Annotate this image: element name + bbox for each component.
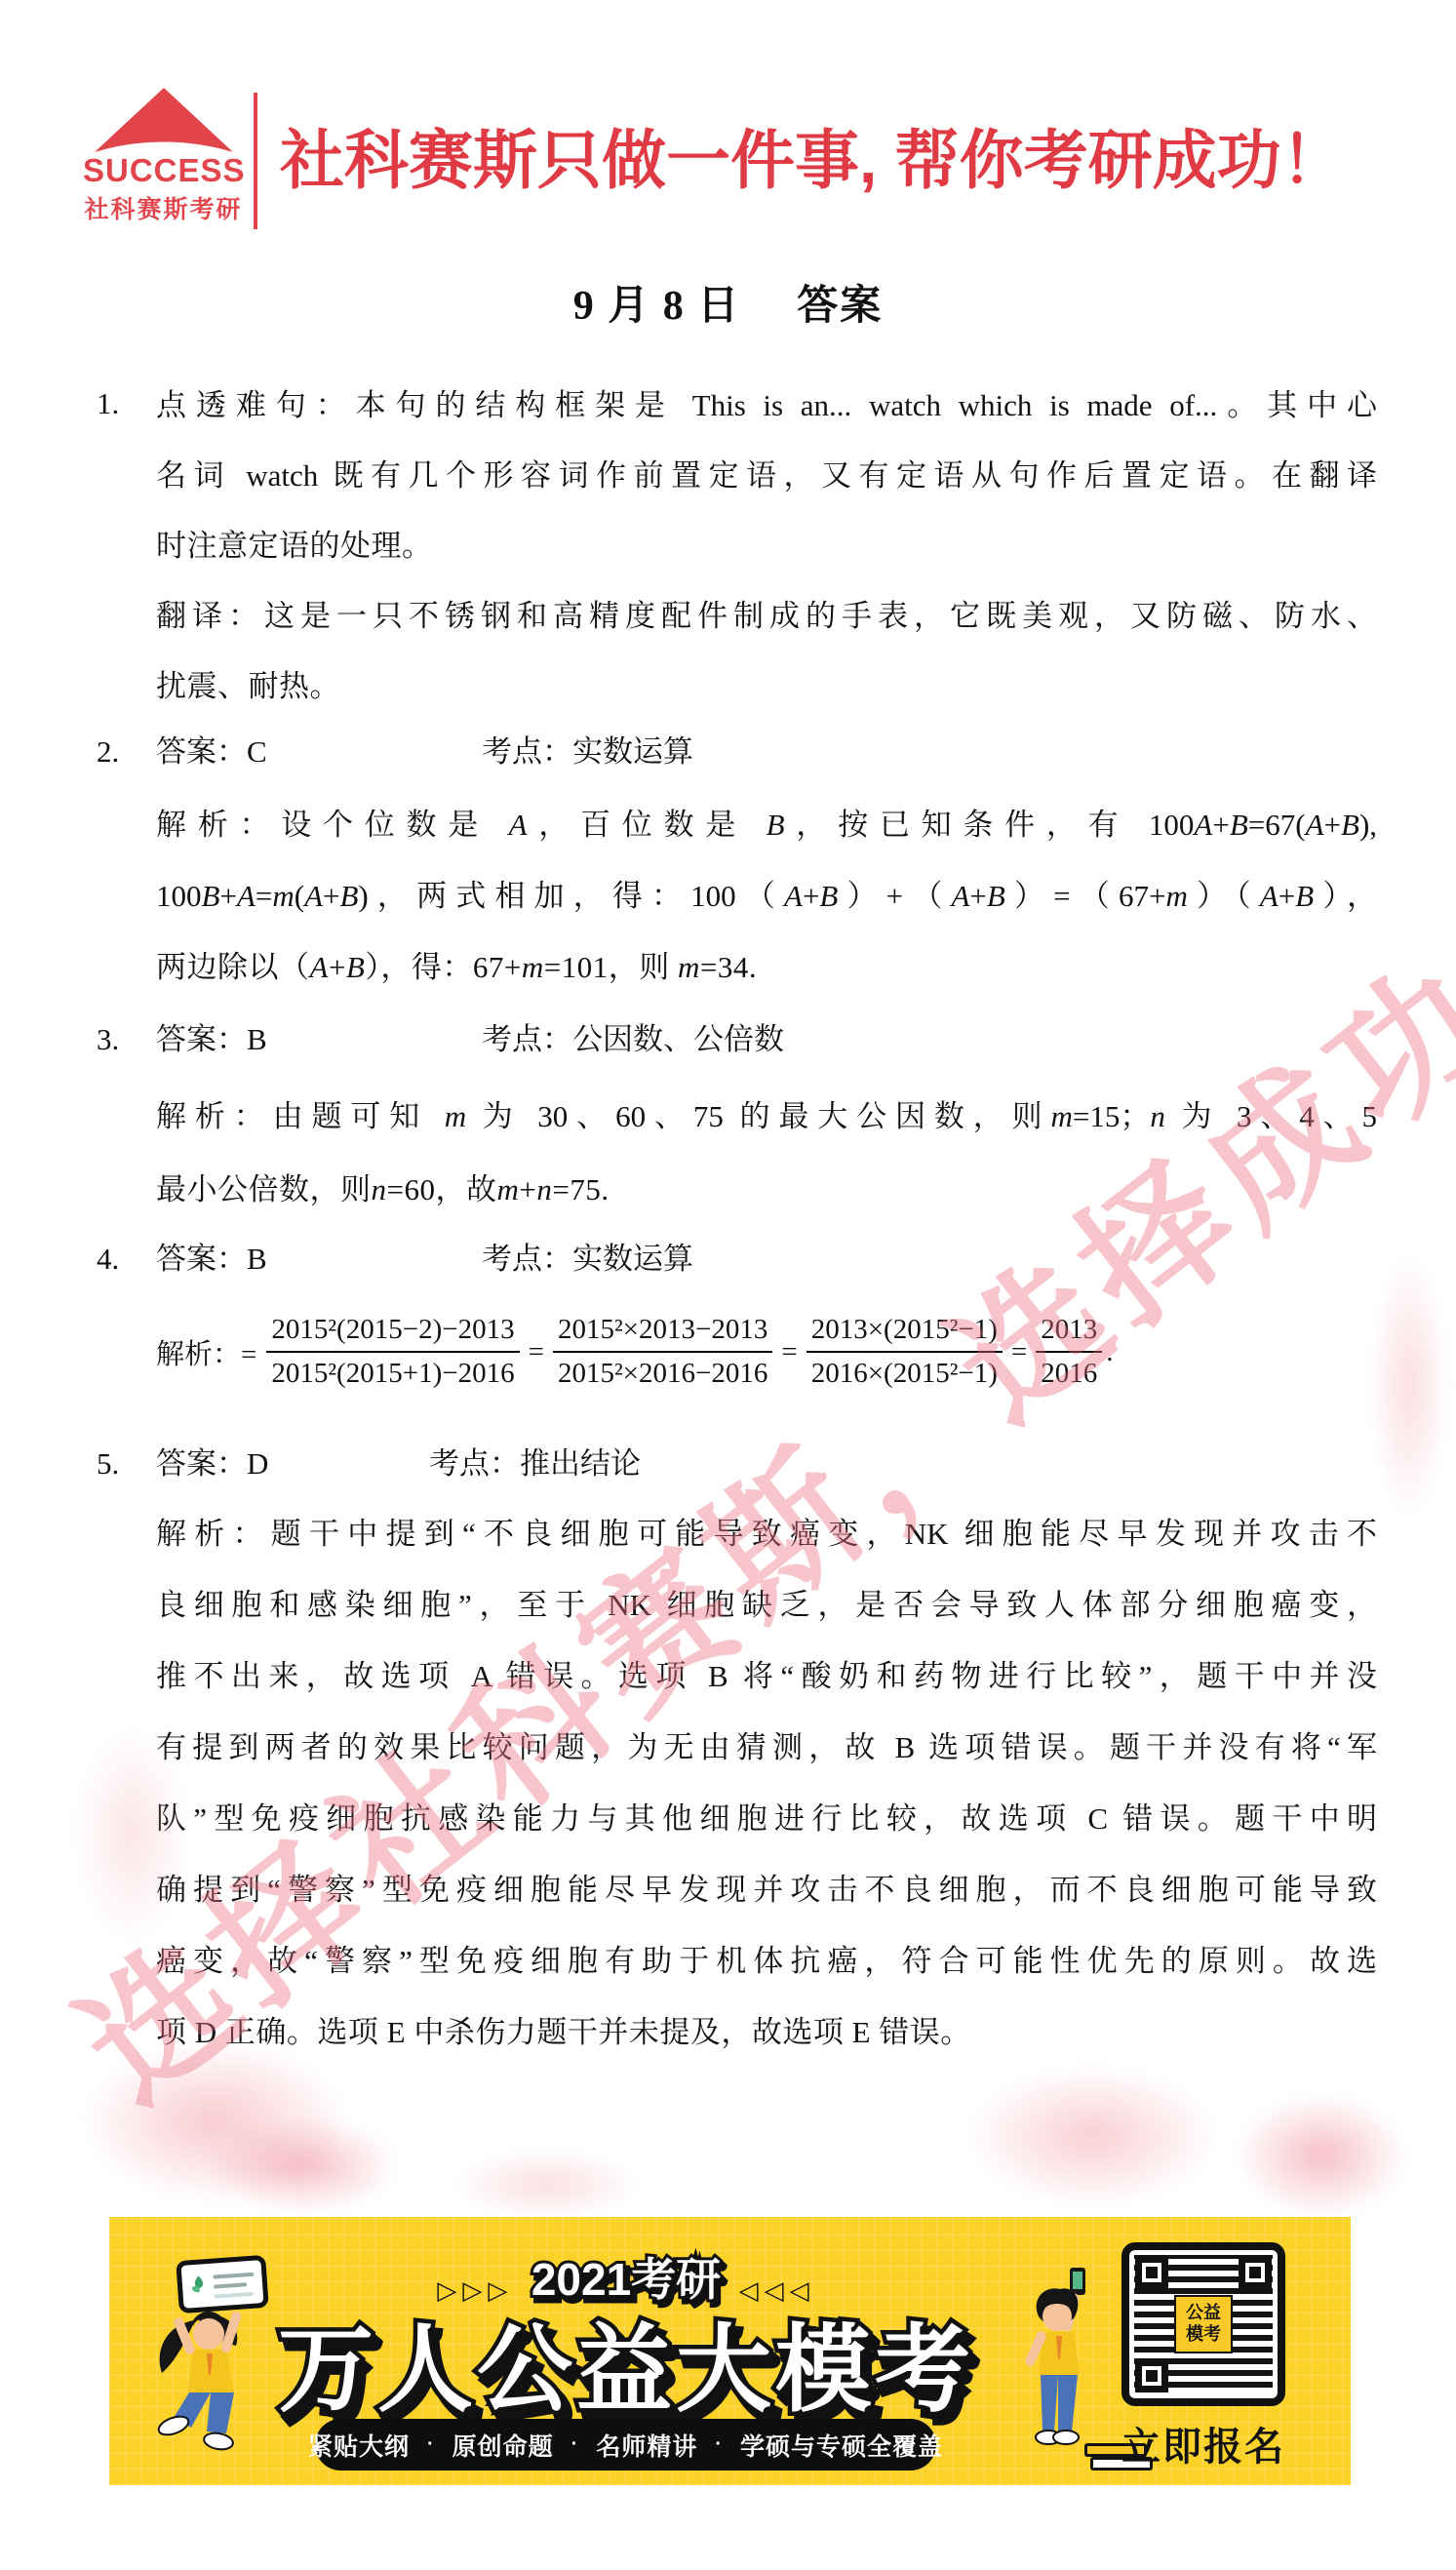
promo-banner[interactable]: ▷▷▷ 2021考研2021考研2021考研 ◁◁◁ 万人公益大模考万人公益大模… — [109, 2217, 1351, 2485]
fraction: 2015²(2015−2)−20132015²(2015+1)−2016 — [266, 1314, 519, 1391]
formula-suffix: . — [1106, 1336, 1113, 1368]
fraction: 20132016 — [1036, 1314, 1102, 1391]
item-number: 4. — [97, 1239, 147, 1280]
answer-line: 100B+A=m(A+B)，两式相加，得：100（A+B）+（A+B）=（67+… — [156, 874, 1377, 919]
answer-line: 队”型免疫细胞抗感染能力与其他细胞进行比较，故选项 C 错误。题干中明 — [156, 1797, 1377, 1841]
answer-line: 良细胞和感染细胞”，至于 NK 细胞缺乏，是否会导致人体部分细胞癌变， — [156, 1583, 1377, 1628]
fraction-numerator: 2015²(2015−2)−2013 — [266, 1314, 519, 1353]
answer-line: 翻译：这是一只不锈钢和高精度配件制成的手表，它既美观，又防磁、防水、 — [156, 594, 1377, 639]
answer-head: 答案：D考点：推出结论 — [156, 1443, 1380, 1484]
item-number: 1. — [97, 383, 147, 424]
answer-line: 癌变，故“警察”型免疫细胞有助于机体抗癌，符合可能性优先的原则。故选 — [156, 1939, 1377, 1984]
qr-finder-icon — [1239, 2256, 1272, 2289]
answer-line: 确提到“警察”型免疫细胞能尽早发现并攻击不良细胞，而不良细胞可能导致 — [156, 1868, 1377, 1913]
answer-line: 解析：由题可知 m 为 30、60、75 的最大公因数，则m=15；n 为 3、… — [156, 1094, 1377, 1139]
pill-text: 原创命题 — [453, 2428, 554, 2463]
logo: SUCCESS 社科赛斯考研 — [83, 84, 244, 225]
answer-head: 答案：B考点：实数运算 — [156, 1239, 1380, 1280]
logo-title: SUCCESS — [83, 154, 244, 188]
answer-line: 推不出来，故选项 A 错误。选项 B 将“酸奶和药物进行比较”，题干中并没 — [156, 1654, 1377, 1699]
logo-subtitle: 社科赛斯考研 — [83, 190, 244, 225]
topic-label: 考点：公因数、公倍数 — [482, 1019, 784, 1060]
header-divider — [254, 93, 257, 229]
item-number: 3. — [97, 1019, 147, 1060]
answer-label: 答案：B — [156, 1242, 267, 1276]
answer-line: 解析：题干中提到“不良细胞可能导致癌变，NK 细胞能尽早发现并攻击不 — [156, 1512, 1377, 1557]
topic-label: 考点：实数运算 — [482, 1239, 693, 1280]
equals-sign: = — [781, 1336, 797, 1368]
topic-label: 考点：实数运算 — [482, 731, 693, 772]
qr-code[interactable]: 公益模考 — [1122, 2242, 1285, 2406]
title-word: 答案 — [797, 284, 883, 329]
answer-line: 项 D 正确。选项 E 中杀伤力题干并未提及，故选项 E 错误。 — [156, 2010, 1377, 2055]
qr-finder-icon — [1135, 2256, 1168, 2289]
pill-separator: · — [571, 2433, 579, 2456]
answer-line: 解析：设个位数是 A，百位数是 B，按已知条件，有 100A+B=67(A+B)… — [156, 803, 1377, 848]
banner-title: 万人公益大模考万人公益大模考万人公益大模考 — [265, 2293, 987, 2431]
fraction-denominator: 2015²(2015+1)−2016 — [266, 1353, 519, 1390]
fraction-numerator: 2015²×2013−2013 — [553, 1314, 772, 1353]
fraction: 2015²×2013−20132015²×2016−2016 — [553, 1314, 772, 1391]
qr-center-label: 公益模考 — [1174, 2295, 1233, 2353]
title-date: 9 月 8 日 — [573, 284, 741, 329]
fraction-denominator: 2016×(2015²−1) — [807, 1353, 1003, 1390]
answer-head: 答案：C考点：实数运算 — [156, 731, 1380, 772]
logo-roof-icon — [83, 84, 244, 154]
header-slogan: 社科赛斯只做一件事, 帮你考研成功！ — [280, 96, 1392, 224]
pill-text: 紧贴大纲 — [308, 2428, 410, 2463]
pill-text: 名师精讲 — [596, 2428, 697, 2463]
fraction-denominator: 2016 — [1036, 1353, 1102, 1390]
answer-head: 答案：B考点：公因数、公倍数 — [156, 1019, 1380, 1060]
fraction: 2013×(2015²−1)2016×(2015²−1) — [807, 1314, 1003, 1391]
document-page: SUCCESS 社科赛斯考研 社科赛斯只做一件事, 帮你考研成功！ 9 月 8 … — [0, 0, 1456, 2570]
answer-line: 最小公倍数，则n=60，故m+n=75. — [156, 1167, 1377, 1212]
tablet-sign — [176, 2255, 269, 2313]
person-left-illustration — [137, 2303, 283, 2478]
topic-label: 考点：推出结论 — [429, 1443, 641, 1484]
formula-prefix: 解析：= — [156, 1332, 256, 1372]
answer-label: 答案：B — [156, 1022, 267, 1056]
banner-pill: 紧贴大纲·原创命题·名师精讲·学硕与专硕全覆盖 — [315, 2419, 936, 2471]
answer-label: 答案：D — [156, 1446, 268, 1481]
fraction-numerator: 2013 — [1036, 1314, 1102, 1353]
answer-label: 答案：C — [156, 734, 267, 769]
page-title: 9 月 8 日答案 — [0, 273, 1456, 332]
equals-sign: = — [529, 1336, 544, 1368]
fraction-numerator: 2013×(2015²−1) — [807, 1314, 1003, 1353]
cta-register[interactable]: 立即报名 — [1122, 2416, 1285, 2471]
answer-line: 扰震、耐热。 — [156, 664, 1377, 709]
pill-separator: · — [427, 2433, 435, 2456]
item-number: 2. — [97, 731, 147, 772]
watercolor-blob — [917, 2038, 1268, 2234]
pill-text: 学硕与专硕全覆盖 — [740, 2428, 943, 2463]
qr-finder-icon — [1135, 2359, 1168, 2392]
answer-line: 两边除以（A+B），得：67+m=101，则 m=34. — [156, 945, 1377, 990]
answer-line: 名词 watch 既有几个形容词作前置定语，又有定语从句作后置定语。在翻译 — [156, 454, 1377, 498]
answer-line: 点透难句：本句的结构框架是 This is an... watch which … — [156, 383, 1377, 428]
answer-line: 时注意定语的处理。 — [156, 524, 1377, 569]
pill-separator: · — [715, 2433, 723, 2456]
header: SUCCESS 社科赛斯考研 社科赛斯只做一件事, 帮你考研成功！ — [0, 0, 1456, 244]
equals-sign: = — [1011, 1336, 1027, 1368]
item-number: 5. — [97, 1443, 147, 1484]
formula: 解析：= 2015²(2015−2)−20132015²(2015+1)−201… — [156, 1297, 1424, 1406]
fraction-denominator: 2015²×2016−2016 — [553, 1353, 772, 1390]
answer-line: 有提到两者的效果比较问题，为无由猜测，故 B 选项错误。题干并没有将“军 — [156, 1725, 1377, 1770]
watercolor-blob — [166, 2097, 439, 2234]
